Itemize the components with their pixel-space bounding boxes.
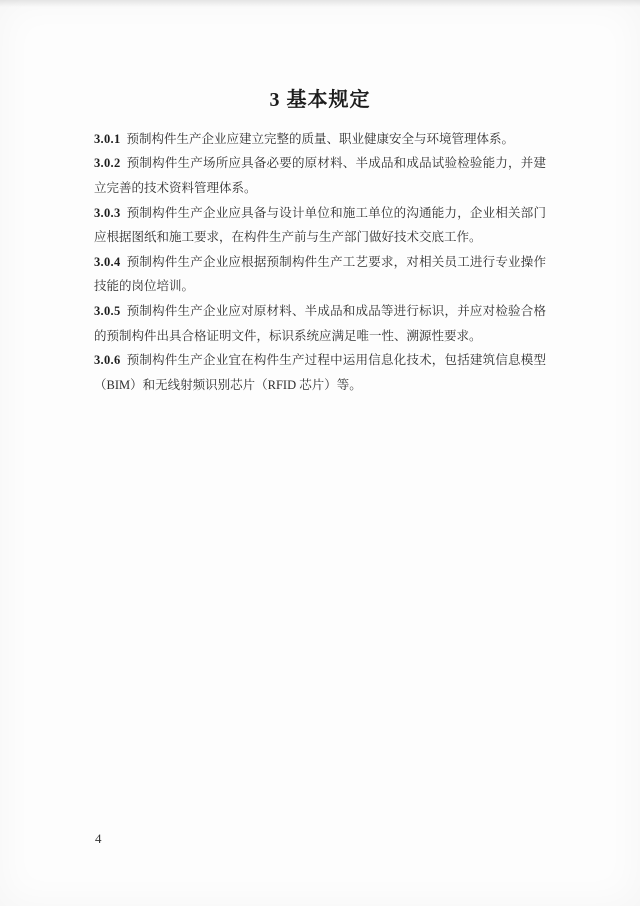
chapter-title: 3 基本规定 <box>0 13 640 113</box>
chapter-body: 3.0.1预制构件生产企业应建立完整的质量、职业健康安全与环境管理体系。 3.0… <box>94 127 546 398</box>
clause-3-0-2: 3.0.2预制构件生产场所应具备必要的原材料、半成品和成品试验检验能力，并建立完… <box>94 151 546 200</box>
clause-number: 3.0.6 <box>94 353 121 367</box>
clause-3-0-3: 3.0.3预制构件生产企业应具备与设计单位和施工单位的沟通能力，企业相关部门应根… <box>94 201 546 250</box>
clause-number: 3.0.2 <box>94 156 121 170</box>
clause-text: 预制构件生产企业应建立完整的质量、职业健康安全与环境管理体系。 <box>127 132 515 146</box>
clause-3-0-1: 3.0.1预制构件生产企业应建立完整的质量、职业健康安全与环境管理体系。 <box>94 127 546 152</box>
clause-text: 预制构件生产企业应对原材料、半成品和成品等进行标识，并应对检验合格的预制构件出具… <box>94 304 546 343</box>
clause-text: 预制构件生产企业宜在构件生产过程中运用信息化技术，包括建筑信息模型（BIM）和无… <box>94 353 546 392</box>
page-number: 4 <box>95 831 102 847</box>
clause-3-0-4: 3.0.4预制构件生产企业应根据预制构件生产工艺要求，对相关员工进行专业操作技能… <box>94 250 546 299</box>
clause-text: 预制构件生产企业应根据预制构件生产工艺要求，对相关员工进行专业操作技能的岗位培训… <box>94 255 546 294</box>
clause-number: 3.0.5 <box>94 304 121 318</box>
document-page: 3 基本规定 3.0.1预制构件生产企业应建立完整的质量、职业健康安全与环境管理… <box>0 0 640 906</box>
clause-number: 3.0.1 <box>94 132 121 146</box>
scan-edge-shading <box>0 0 640 7</box>
clause-number: 3.0.3 <box>94 206 121 220</box>
clause-text: 预制构件生产场所应具备必要的原材料、半成品和成品试验检验能力，并建立完善的技术资… <box>94 156 546 195</box>
clause-3-0-5: 3.0.5预制构件生产企业应对原材料、半成品和成品等进行标识，并应对检验合格的预… <box>94 299 546 348</box>
clause-3-0-6: 3.0.6预制构件生产企业宜在构件生产过程中运用信息化技术，包括建筑信息模型（B… <box>94 348 546 397</box>
clause-number: 3.0.4 <box>94 255 121 269</box>
clause-text: 预制构件生产企业应具备与设计单位和施工单位的沟通能力，企业相关部门应根据图纸和施… <box>94 206 546 245</box>
